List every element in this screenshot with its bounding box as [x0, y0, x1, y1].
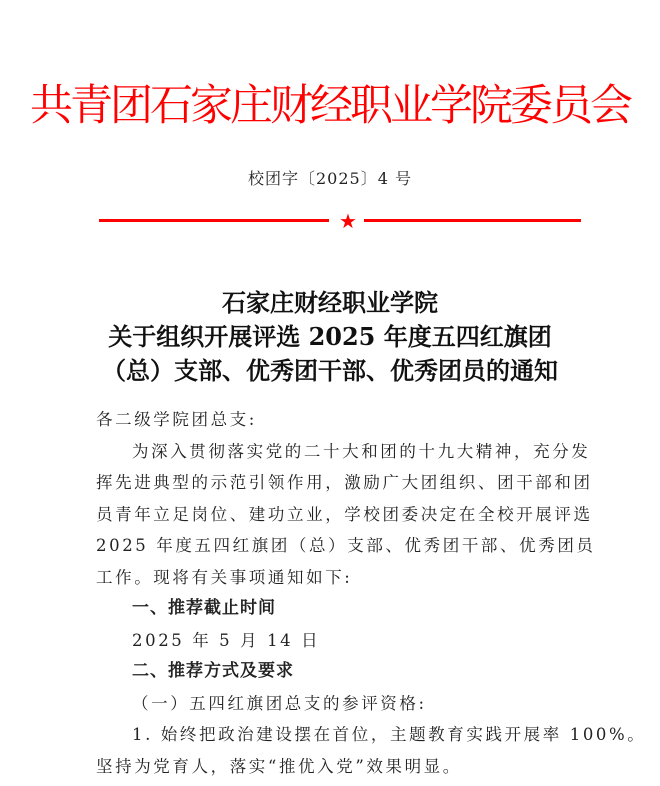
notice-title-line-2: 关于组织开展评选 2025 年度五四红旗团: [0, 320, 660, 354]
star-icon: ★: [336, 210, 360, 232]
subsection-heading: （一）五四红旗团总支的参评资格:: [96, 688, 586, 720]
intro-line: 工作。现将有关事项通知如下:: [96, 562, 586, 594]
intro-line: 2025 年度五四红旗团（总）支部、优秀团干部、优秀团员: [96, 530, 586, 562]
notice-title-line-3: （总）支部、优秀团干部、优秀团员的通知: [0, 354, 660, 388]
red-divider-left: [99, 219, 329, 222]
notice-title: 石家庄财经职业学院 关于组织开展评选 2025 年度五四红旗团 （总）支部、优秀…: [0, 286, 660, 388]
section-heading-deadline: 一、推荐截止时间: [96, 593, 586, 625]
item-line: 1. 始终把政治建设摆在首位，主题教育实践开展率 100%。: [96, 719, 586, 751]
notice-body: 各二级学院团总支: 为深入贯彻落实党的二十大和团的十九大精神，充分发 挥先进典型…: [96, 404, 586, 782]
salutation: 各二级学院团总支:: [96, 404, 586, 436]
intro-line: 员青年立足岗位、建功立业，学校团委决定在全校开展评选: [96, 499, 586, 531]
org-title: 共青团石家庄财经职业学院委员会: [0, 76, 660, 136]
document-number: 校团字〔2025〕4 号: [0, 166, 660, 189]
intro-line: 挥先进典型的示范引领作用，激励广大团组织、团干部和团: [96, 467, 586, 499]
deadline-date: 2025 年 5 月 14 日: [96, 625, 586, 657]
item-line: 坚持为党育人，落实“推优入党”效果明显。: [96, 751, 586, 783]
intro-line: 为深入贯彻落实党的二十大和团的十九大精神，充分发: [96, 436, 586, 468]
section-heading-method: 二、推荐方式及要求: [96, 656, 586, 688]
notice-title-line-1: 石家庄财经职业学院: [0, 286, 660, 320]
red-divider-right: [364, 219, 581, 222]
